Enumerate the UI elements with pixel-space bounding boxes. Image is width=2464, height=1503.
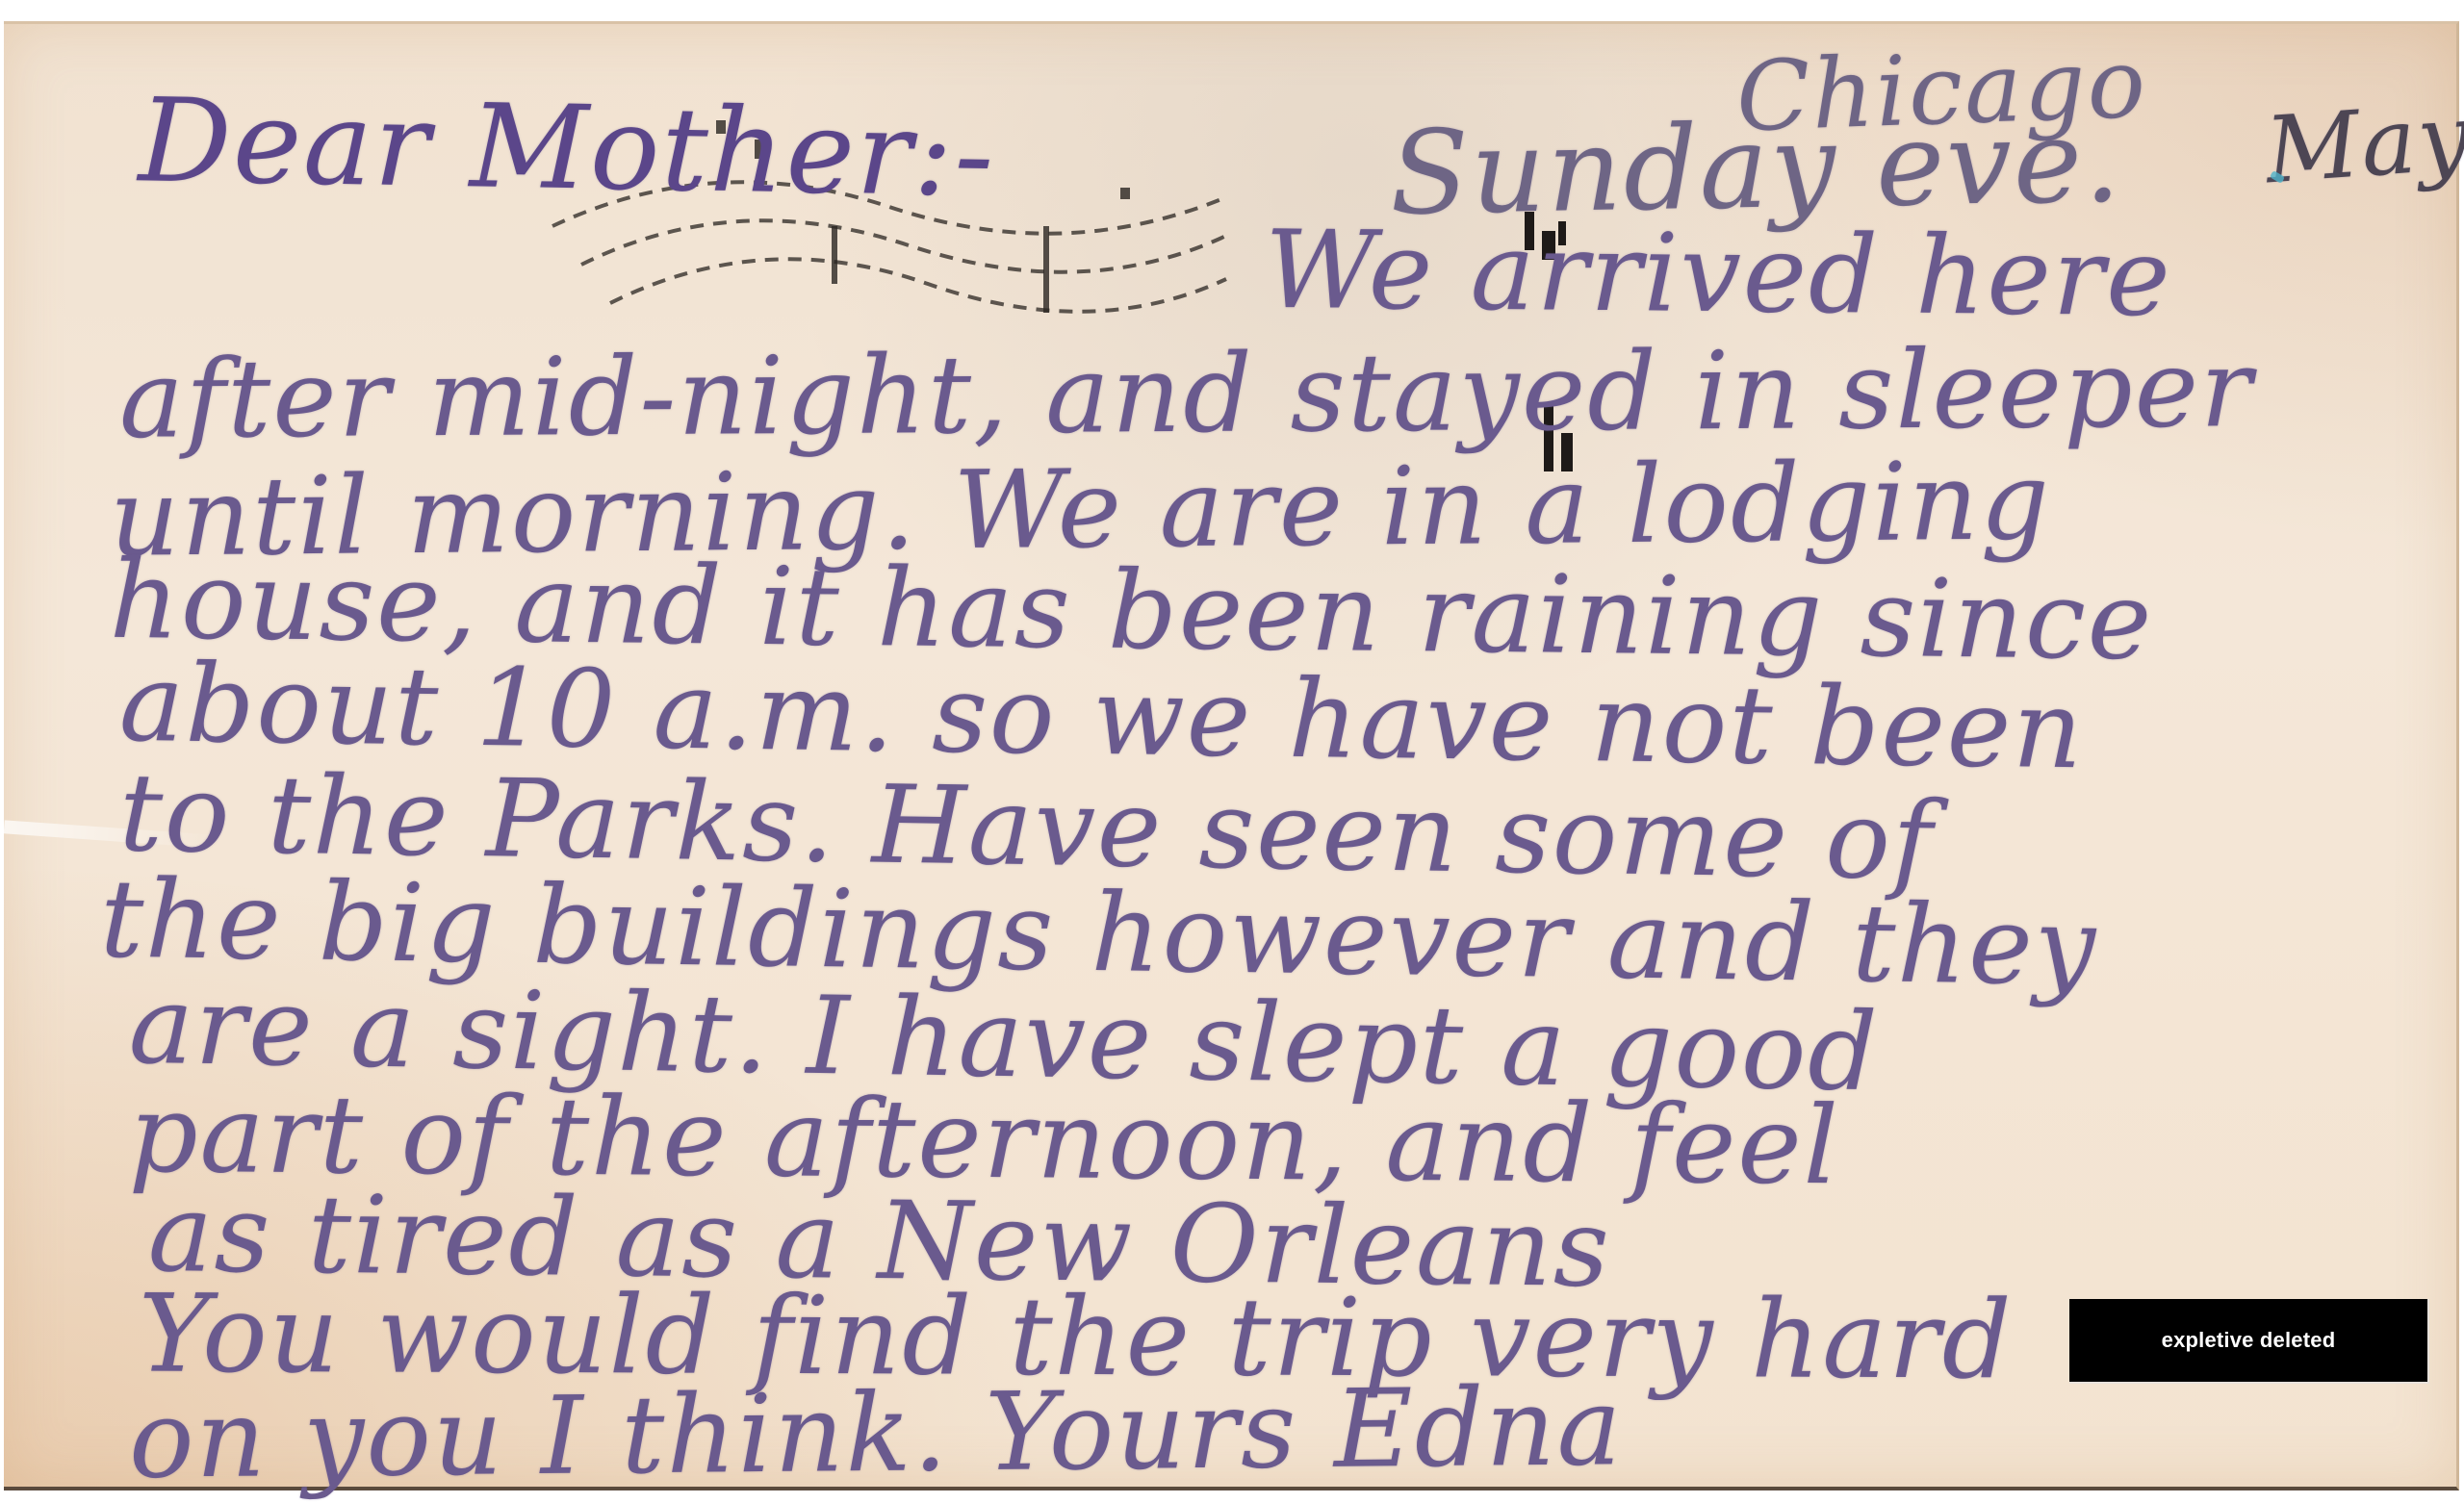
redaction-box: expletive deleted — [2069, 1299, 2429, 1384]
redaction-label: expletive deleted — [2162, 1328, 2336, 1353]
heading-month: May — [2262, 85, 2464, 205]
postcard: Dear Mother:- Chicago May Sunday eve. We… — [4, 21, 2459, 1490]
message-line: We arrived here — [1264, 208, 2172, 341]
salutation: Dear Mother:- — [138, 74, 997, 223]
message-line: on you I think. Yours Edna — [128, 1364, 1623, 1492]
